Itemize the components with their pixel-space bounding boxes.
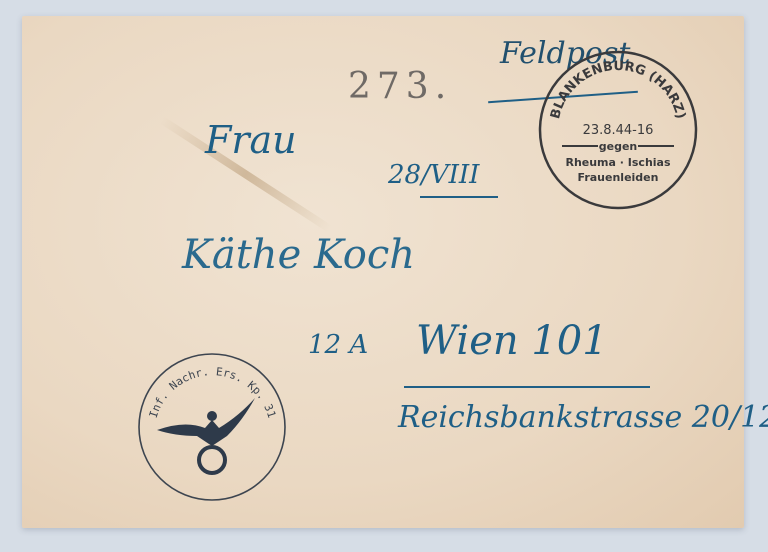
recipient-name: Käthe Koch [182,232,415,278]
pencil-number: 273. [348,66,452,107]
city: Wien 101 [416,318,608,364]
eagle-emblem-icon [157,398,255,473]
unit-seal-stamp: Inf. Nachr. Ers. Kp. 31 [135,350,290,505]
postmark-stamp: BLANKENBURG (HARZ) 23.8.44-16 gegen Rheu… [536,48,700,212]
postmark-slogan-2: Rheuma · Ischias [565,156,671,169]
salutation: Frau [205,118,297,162]
date-underline [420,196,498,198]
postmark-date: 23.8.44-16 [583,123,654,138]
postal-district: 12 A [308,330,368,360]
date-note: 28/VIII [388,160,479,190]
photo-scene: Feldpost 273. Frau 28/VIII Käthe Koch 12… [0,0,768,552]
postmark-slogan-3: Frauenleiden [578,171,659,184]
city-underline [404,386,650,388]
street-address: Reichsbankstrasse 20/12 [398,400,768,435]
postmark-slogan-1: gegen [599,140,638,153]
